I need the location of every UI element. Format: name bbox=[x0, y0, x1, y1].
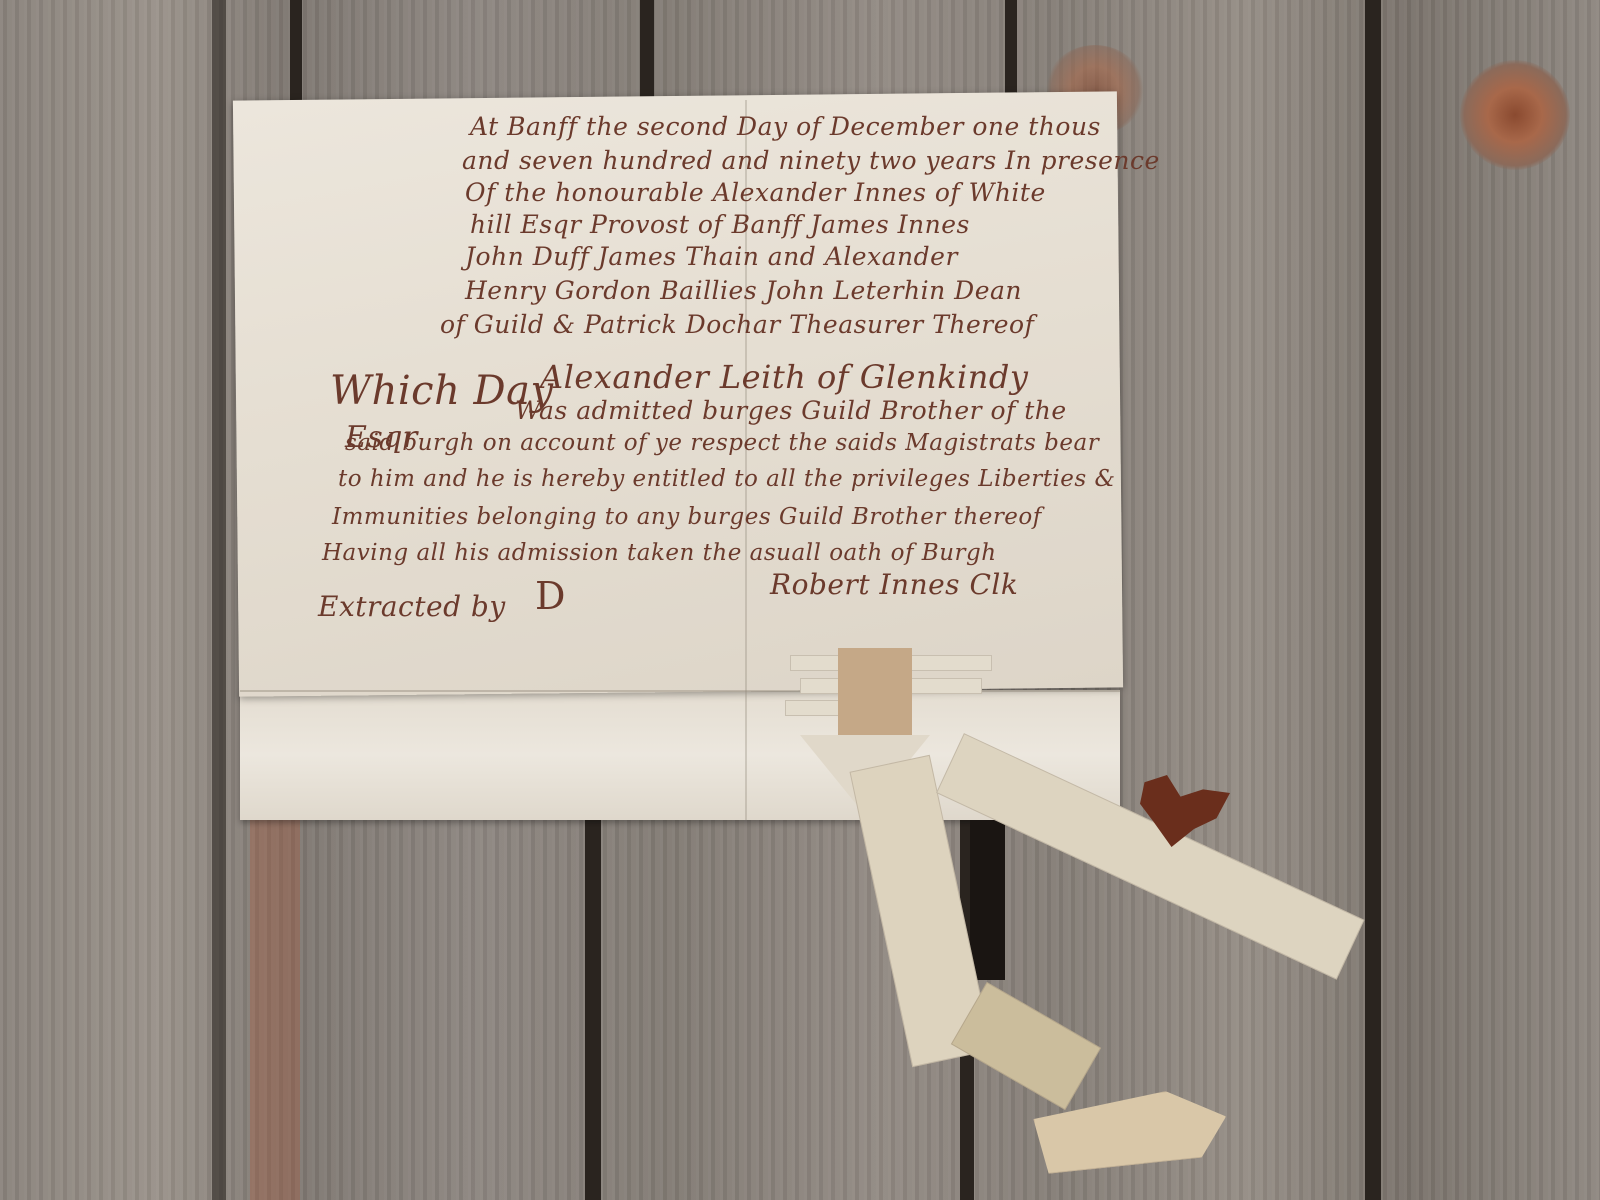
document-line: At Banff the second Day of December one … bbox=[470, 112, 1101, 141]
plank-gap bbox=[640, 0, 654, 110]
document-line: and seven hundred and ninety two years I… bbox=[462, 146, 1160, 175]
document-line: hill Esqr Provost of Banff James Innes bbox=[470, 210, 970, 239]
body-line: said burgh on account of ye respect the … bbox=[345, 430, 1099, 456]
fold-crease bbox=[240, 690, 1120, 692]
body-line: Having all his admission taken the asual… bbox=[322, 540, 997, 566]
extracted-by-label: Extracted by bbox=[318, 590, 506, 623]
plank-gap bbox=[290, 0, 302, 110]
body-line: Was admitted burges Guild Brother of the bbox=[515, 396, 1067, 425]
document-line: Of the honourable Alexander Innes of Whi… bbox=[465, 178, 1046, 207]
document-line: John Duff James Thain and Alexander bbox=[465, 242, 958, 271]
clerk-signature: Robert Innes Clk bbox=[770, 568, 1018, 601]
shadow-gap bbox=[970, 820, 1005, 980]
plank-gap bbox=[212, 0, 226, 1200]
admittee-name: Alexander Leith of Glenkindy bbox=[540, 358, 1028, 396]
body-line: Immunities belonging to any burges Guild… bbox=[332, 504, 1042, 530]
body-line: to him and he is hereby entitled to all … bbox=[338, 466, 1116, 492]
document-line: Henry Gordon Baillies John Leterhin Dean bbox=[465, 276, 1022, 305]
plank-gap bbox=[1365, 0, 1381, 1200]
fold-crease bbox=[745, 100, 747, 820]
document-line: of Guild & Patrick Dochar Theasurer Ther… bbox=[440, 310, 1034, 339]
plank-gap bbox=[585, 815, 601, 1200]
extractor-mark: D bbox=[535, 574, 566, 618]
wood-knot bbox=[1460, 60, 1570, 170]
wood-stain bbox=[250, 820, 300, 1200]
tan-parchment-tag bbox=[838, 648, 912, 740]
